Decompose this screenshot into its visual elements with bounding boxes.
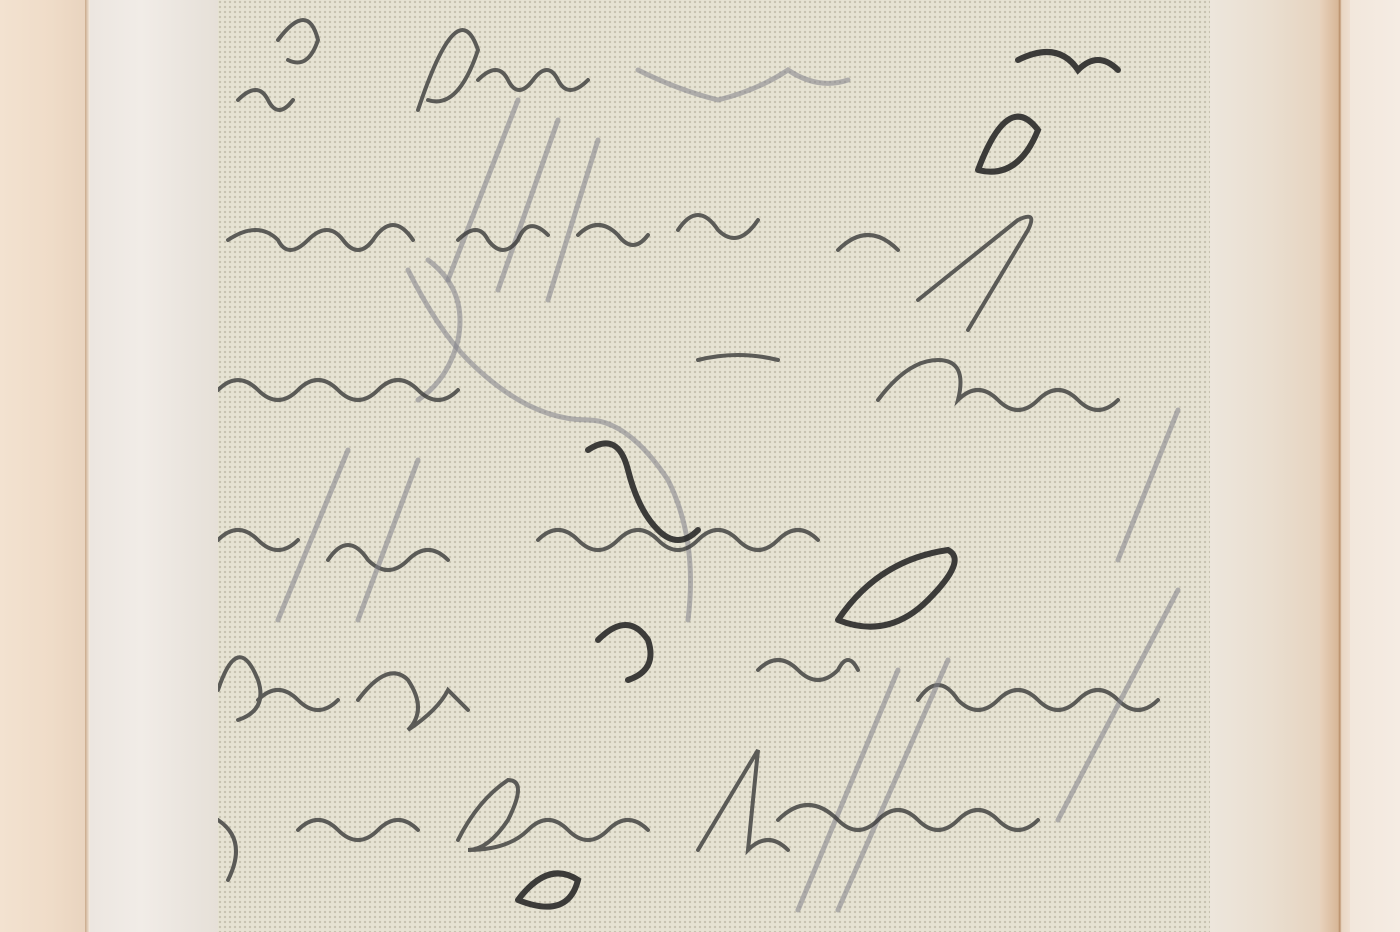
- frame-edge-right: [1320, 0, 1350, 932]
- wall-right: [1350, 0, 1400, 932]
- halftone-script-artwork: [218, 0, 1210, 932]
- mat-border-left: [90, 0, 218, 932]
- handwriting-strokes: [218, 0, 1210, 932]
- mat-border-right: [1210, 0, 1320, 932]
- wall-left: [0, 0, 85, 932]
